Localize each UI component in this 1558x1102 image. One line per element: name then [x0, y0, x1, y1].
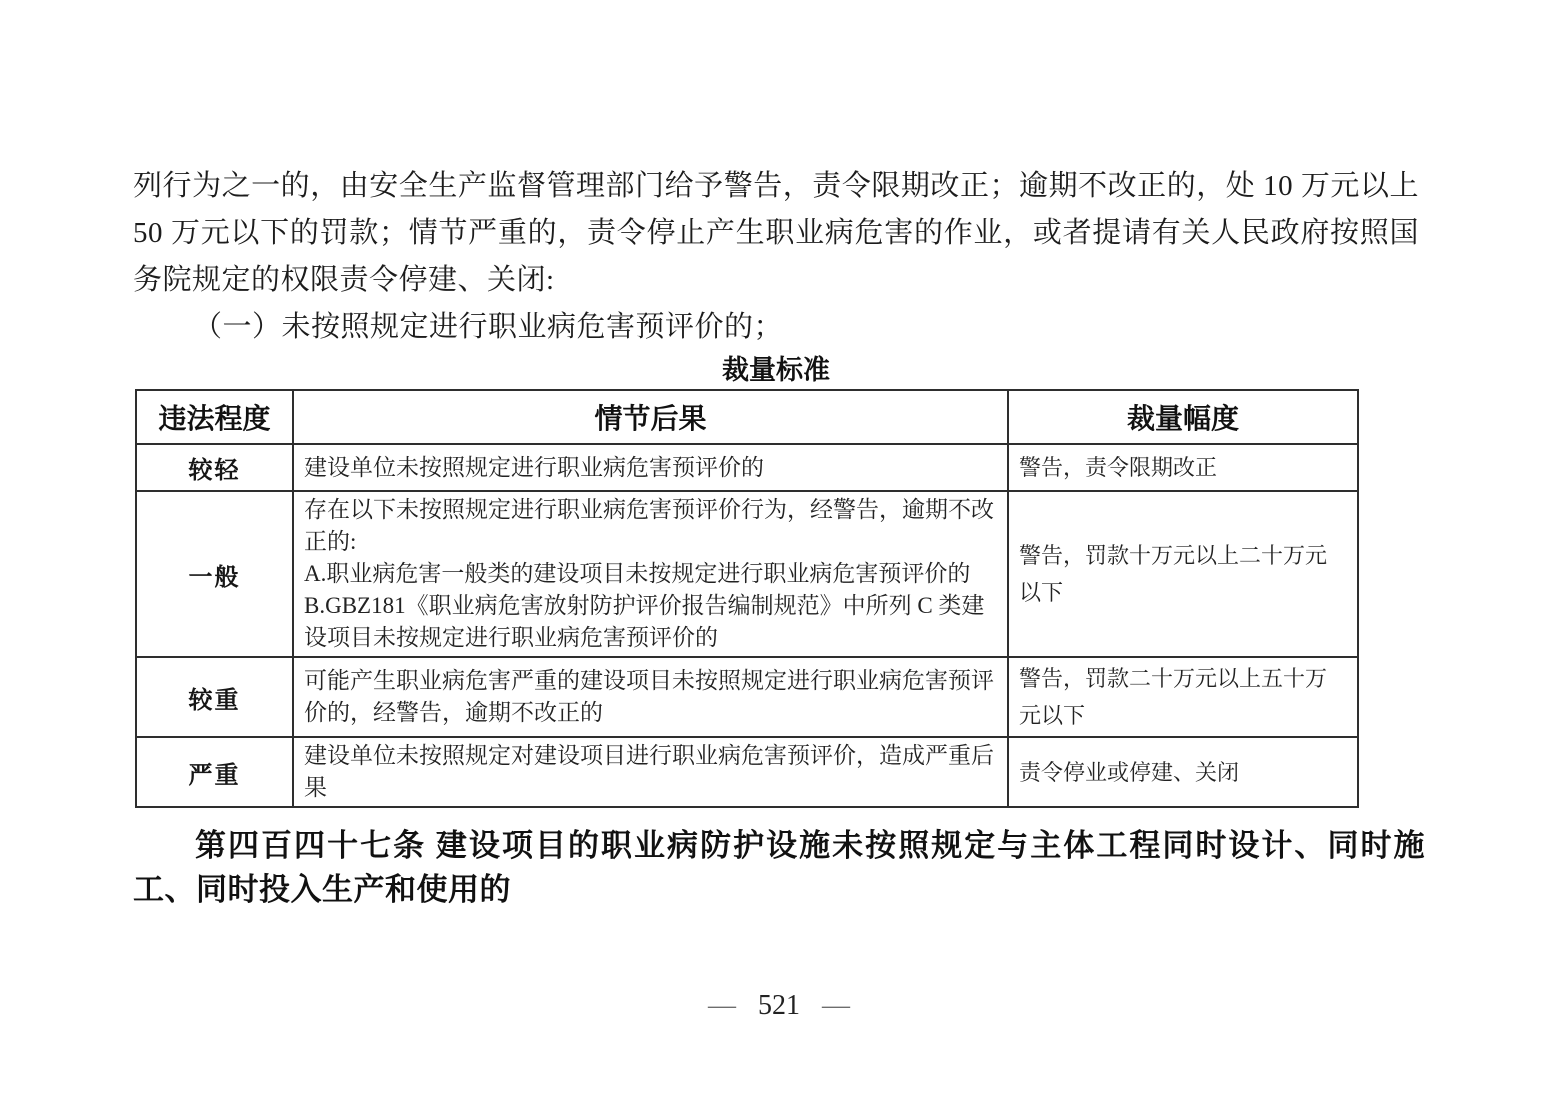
circumstance-cell: 建设单位未按照规定对建设项目进行职业病危害预评价，造成严重后果 [293, 737, 1008, 807]
document-page: 列行为之一的，由安全生产监督管理部门给予警告，责令限期改正；逾期不改正的，处 1… [0, 0, 1558, 1102]
degree-cell: 较轻 [136, 444, 293, 491]
footer-dash-right: — [822, 990, 850, 1021]
range-cell: 警告，罚款二十万元以上五十万元以下 [1008, 657, 1358, 737]
table-header-row: 违法程度 情节后果 裁量幅度 [136, 390, 1358, 444]
list-item-one: （一）未按照规定进行职业病危害预评价的； [133, 304, 1419, 351]
table-row-general: 一般 存在以下未按照规定进行职业病危害预评价行为，经警告，逾期不改正的: A.职… [136, 491, 1358, 657]
discretion-table: 违法程度 情节后果 裁量幅度 较轻 建设单位未按照规定进行职业病危害预评价的 警… [135, 389, 1359, 808]
degree-cell: 严重 [136, 737, 293, 807]
page-footer: —521— [0, 990, 1558, 1022]
footer-dash-left: — [708, 990, 736, 1021]
body-text-block: 列行为之一的，由安全生产监督管理部门给予警告，责令限期改正；逾期不改正的，处 1… [133, 163, 1419, 351]
col-header-circumstance: 情节后果 [293, 390, 1008, 444]
circumstance-cell: 存在以下未按照规定进行职业病危害预评价行为，经警告，逾期不改正的: A.职业病危… [293, 491, 1008, 657]
circumstance-cell: 建设单位未按照规定进行职业病危害预评价的 [293, 444, 1008, 491]
range-cell: 警告，罚款十万元以上二十万元以下 [1008, 491, 1358, 657]
table-title: 裁量标准 [133, 348, 1419, 387]
article-447-heading: 第四百四十七条 建设项目的职业病防护设施未按照规定与主体工程同时设计、同时施工、… [133, 824, 1425, 912]
degree-cell: 较重 [136, 657, 293, 737]
degree-cell: 一般 [136, 491, 293, 657]
table-row-serious: 较重 可能产生职业病危害严重的建设项目未按照规定进行职业病危害预评价的，经警告，… [136, 657, 1358, 737]
col-header-violation-degree: 违法程度 [136, 390, 293, 444]
table-row-severe: 严重 建设单位未按照规定对建设项目进行职业病危害预评价，造成严重后果 责令停业或… [136, 737, 1358, 807]
range-cell: 警告，责令限期改正 [1008, 444, 1358, 491]
table-row-minor: 较轻 建设单位未按照规定进行职业病危害预评价的 警告，责令限期改正 [136, 444, 1358, 491]
circumstance-cell: 可能产生职业病危害严重的建设项目未按照规定进行职业病危害预评价的，经警告，逾期不… [293, 657, 1008, 737]
page-number: 521 [758, 990, 800, 1022]
col-header-discretion-range: 裁量幅度 [1008, 390, 1358, 444]
range-cell: 责令停业或停建、关闭 [1008, 737, 1358, 807]
paragraph-continuation: 列行为之一的，由安全生产监督管理部门给予警告，责令限期改正；逾期不改正的，处 1… [133, 163, 1419, 304]
